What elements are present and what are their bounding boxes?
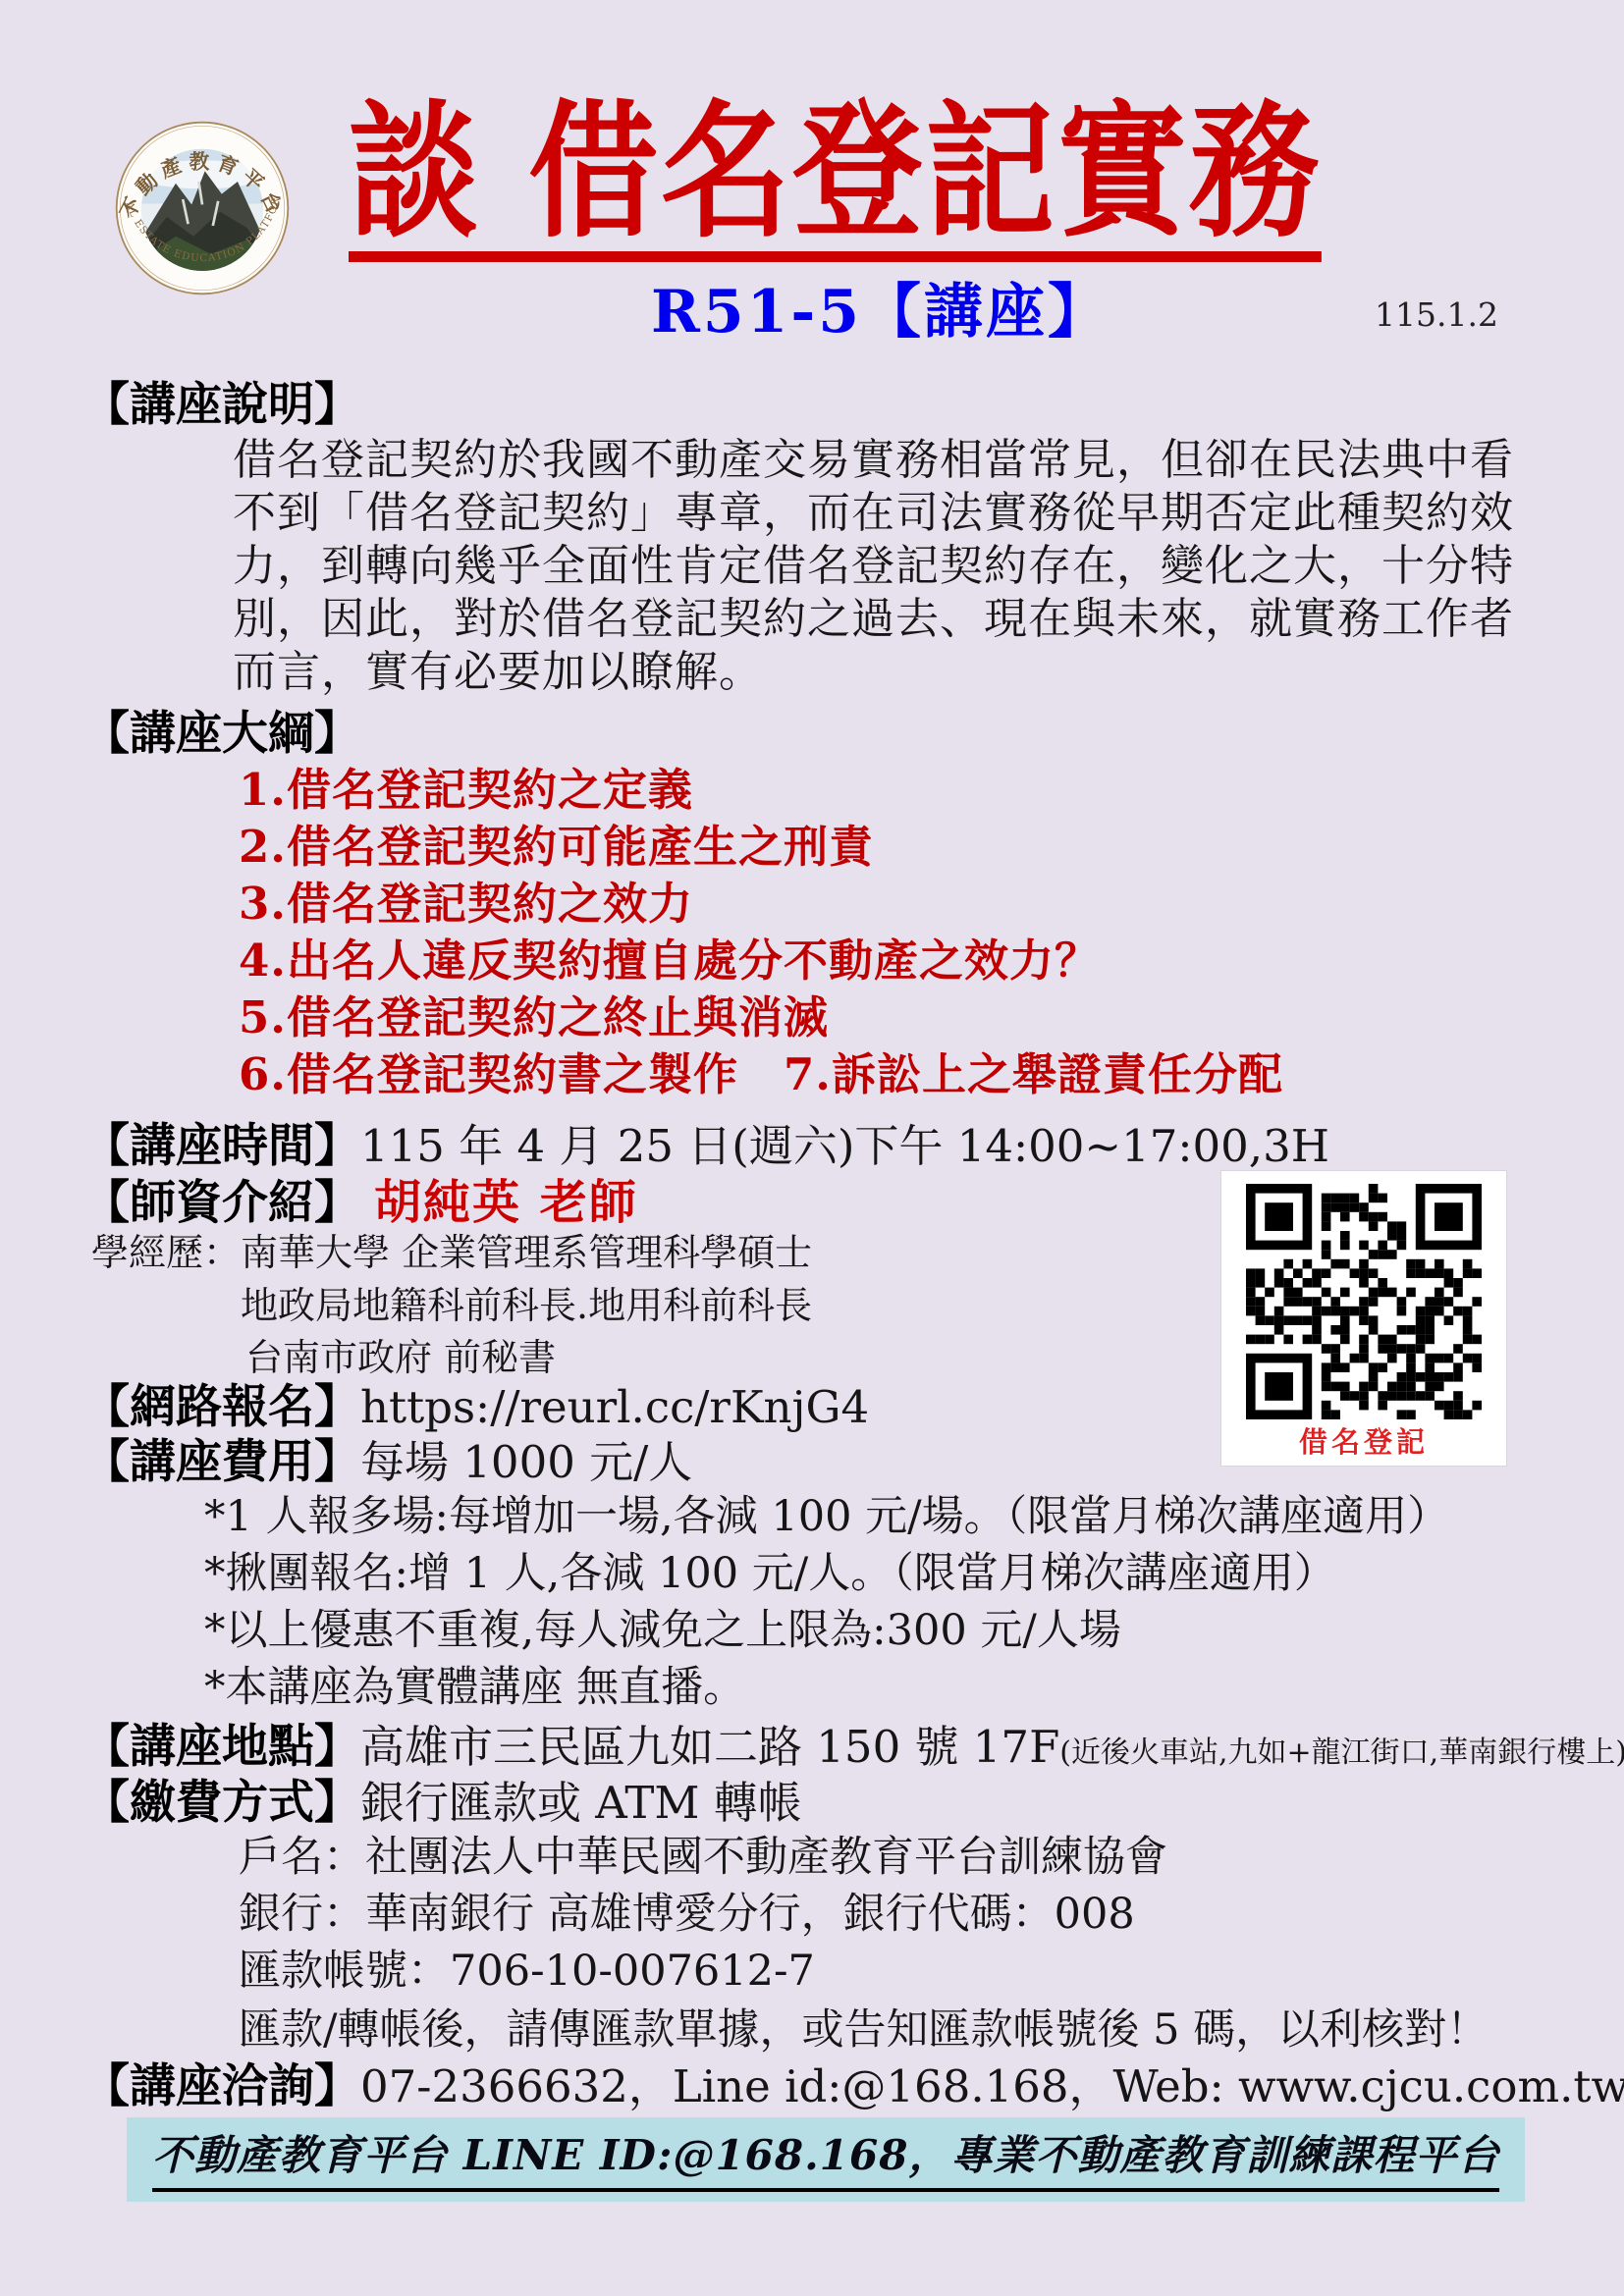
page-title: 談 借名登記實務 xyxy=(349,98,1454,262)
payment-detail-line: 匯款/轉帳後，請傳匯款單據，或告知匯款帳號後 5 碼，以利核對！ xyxy=(239,1997,1489,2056)
fee-note: *1 人報多場:每增加一場,各減 100 元/場。（限當月梯次講座適用） xyxy=(204,1483,1449,1543)
outline-item: 6.借名登記契約書之製作 7.訴訟上之舉證責任分配 xyxy=(239,1039,1283,1102)
page-subtitle: R51-5【講座】 xyxy=(651,265,1110,349)
fee-note: *本講座為實體講座 無直播。 xyxy=(204,1654,745,1714)
payment-line: 【繳費方式】銀行匯款或 ATM 轉帳 xyxy=(83,1766,802,1832)
fee-note: *揪團報名:增 1 人,各減 100 元/人。（限當月梯次講座適用） xyxy=(204,1540,1336,1600)
version-date: 115.1.2 xyxy=(1375,295,1498,334)
outline-item: 2.借名登記契約可能產生之刑責 xyxy=(239,811,874,875)
outline-item: 5.借名登記契約之終止與消滅 xyxy=(239,982,829,1045)
fee-note: *以上優惠不重複,每人減免之上限為:300 元/人場 xyxy=(204,1597,1121,1657)
qr-code-icon xyxy=(1246,1184,1482,1419)
platform-logo-icon: 不動產教育平台 REAL ESTATE EDUCATION PLATFORM xyxy=(114,120,291,296)
contact-value[interactable]: 07-2366632，Line id:@168.168，Web: www.cjc… xyxy=(360,2060,1624,2112)
description-line: 而言，實有必要加以瞭解。 xyxy=(233,636,763,699)
footer-banner: 不動產教育平台 LINE ID:@168.168，專業不動產教育訓練課程平台 xyxy=(127,2117,1525,2202)
qr-caption: 借名登記 xyxy=(1221,1420,1506,1461)
fee-line: 【講座費用】每場 1000 元/人 xyxy=(83,1425,692,1491)
payment-detail-line: 戶名：社團法人中華民國不動產教育平台訓練協會 xyxy=(239,1824,1167,1884)
teacher-background-line: 地政局地籍科前科長.地用科前科長 xyxy=(241,1275,812,1329)
outline-item: 4.出名人違反契約擅自處分不動產之效力？ xyxy=(239,925,1100,988)
teacher-background-line: 學經歷：南華大學 企業管理系管理科學碩士 xyxy=(91,1222,812,1276)
section-header-contact: 【講座洽詢】 xyxy=(83,2059,360,2113)
outline-item: 3.借名登記契約之效力 xyxy=(239,868,693,932)
section-header-outline: 【講座大綱】 xyxy=(83,697,360,763)
section-header-fee: 【講座費用】 xyxy=(83,1435,360,1489)
contact-line: 【講座洽詢】07-2366632，Line id:@168.168，Web: w… xyxy=(83,2050,1624,2115)
location-note: (近後火車站,九如+龍江街口,華南銀行樓上) xyxy=(1059,1735,1624,1770)
payment-value: 銀行匯款或 ATM 轉帳 xyxy=(360,1777,802,1829)
fee-value: 每場 1000 元/人 xyxy=(360,1436,692,1488)
footer-banner-text: 不動產教育平台 LINE ID:@168.168，專業不動產教育訓練課程平台 xyxy=(152,2123,1499,2192)
qr-code-box: 借名登記 xyxy=(1220,1170,1507,1467)
payment-detail-line: 銀行：華南銀行 高雄博愛分行，銀行代碼：008 xyxy=(239,1881,1135,1941)
payment-detail-line: 匯款帳號：706-10-007612-7 xyxy=(239,1938,815,1998)
section-header-payment: 【繳費方式】 xyxy=(83,1776,360,1830)
seminar-flyer-page: 不動產教育平台 REAL ESTATE EDUCATION PLATFORM 談… xyxy=(0,0,1624,2296)
outline-item: 1.借名登記契約之定義 xyxy=(239,754,693,818)
